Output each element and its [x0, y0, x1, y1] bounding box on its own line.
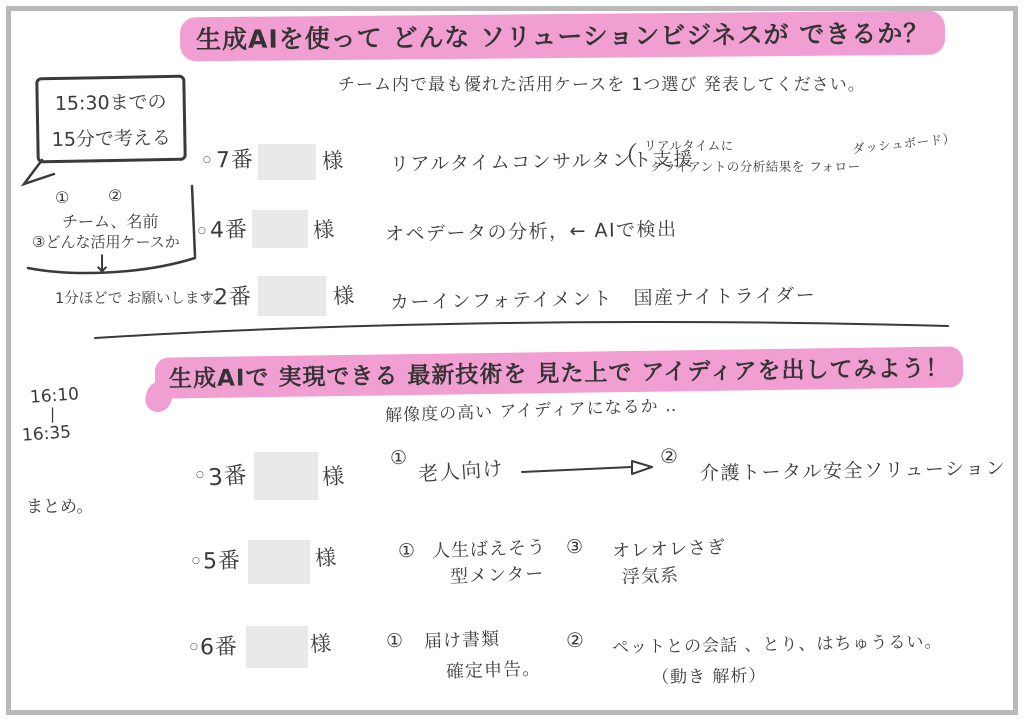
step-number-1: ①	[55, 188, 69, 207]
row-bullet: ○	[196, 470, 204, 480]
time-note: 1分ほどで お願いします。	[55, 287, 227, 308]
honorific: 様	[309, 627, 332, 658]
time-bubble-line2: 15分で考える	[39, 120, 184, 159]
idea-number-circle: ①	[398, 540, 415, 562]
result-text: 介護トータル安全ソリューション	[700, 453, 1007, 485]
idea-number-circle: ①	[390, 447, 407, 469]
row-bullet: ○	[190, 642, 198, 652]
row-bullet: ○	[192, 556, 200, 566]
participant-number: 2番	[214, 280, 253, 312]
summary-label: まとめ。	[26, 492, 93, 517]
time-bubble: 15:30までの 15分で考える	[35, 75, 186, 164]
time-range-separator: |	[50, 405, 55, 423]
step-number-2: ②	[108, 186, 122, 205]
note-paren-open: （	[612, 136, 638, 173]
redacted-name	[258, 276, 326, 316]
idea-line2: 確定申告。	[446, 654, 542, 683]
steps-line1: チーム、名前	[62, 209, 158, 232]
note-line2: クライアントの分析結果を フォロー	[650, 157, 861, 175]
whiteboard-page: 生成AIを使って どんな ソリューションビジネスが できるか？ チーム内で最も優…	[0, 0, 1024, 723]
participant-number: 5番	[203, 544, 242, 576]
idea-line2: 型メンター	[450, 559, 545, 588]
honorific: 様	[314, 541, 337, 572]
down-arrow-icon: ↓	[92, 250, 112, 278]
result-line2: （動き 解析）	[652, 661, 767, 688]
honorific: 様	[321, 144, 344, 175]
redacted-name	[258, 144, 316, 180]
time-bubble-line1: 15:30までの	[38, 84, 183, 123]
row-bullet: ○	[203, 292, 211, 302]
participant-number: 3番	[207, 457, 249, 493]
steps-line2: ③どんな活用ケースか	[32, 231, 180, 252]
result-number-circle: ②	[660, 444, 678, 468]
section-divider-line	[0, 312, 1024, 348]
idea-text: 老人向け	[417, 452, 505, 487]
participant-number: 4番	[210, 213, 249, 245]
redacted-name	[246, 626, 308, 668]
note-line1: リアルタイムに	[644, 136, 734, 154]
result-number-circle: ③	[566, 536, 583, 558]
row-bullet: ○	[203, 155, 211, 165]
honorific: 様	[312, 213, 335, 244]
redacted-name	[252, 210, 308, 248]
arrow-right-icon	[520, 458, 660, 482]
main-title: 生成AIを使って どんな ソリューションビジネスが できるか？	[180, 11, 946, 62]
idea-line1: 人生ばえそう	[432, 533, 547, 563]
honorific: 様	[321, 459, 345, 491]
result-number-circle: ②	[566, 628, 584, 652]
participant-number: 7番	[216, 143, 255, 175]
idea-text: オペデータの分析，← AIで検出	[385, 214, 678, 246]
redacted-name	[248, 540, 310, 584]
idea-line1: 届け書類	[424, 625, 501, 654]
redacted-name	[254, 452, 318, 500]
idea-number-circle: ①	[386, 630, 403, 652]
participant-number: 6番	[200, 630, 239, 662]
row-bullet: ○	[198, 226, 206, 236]
result-line2: 浮気系	[622, 561, 680, 589]
time-range-end: 16:35	[21, 422, 71, 445]
header-subtitle: チーム内で最も優れた活用ケースを 1つ選び 発表してください。	[338, 70, 866, 95]
result-line1: オレオレさぎ	[612, 533, 727, 563]
honorific: 様	[332, 279, 355, 310]
